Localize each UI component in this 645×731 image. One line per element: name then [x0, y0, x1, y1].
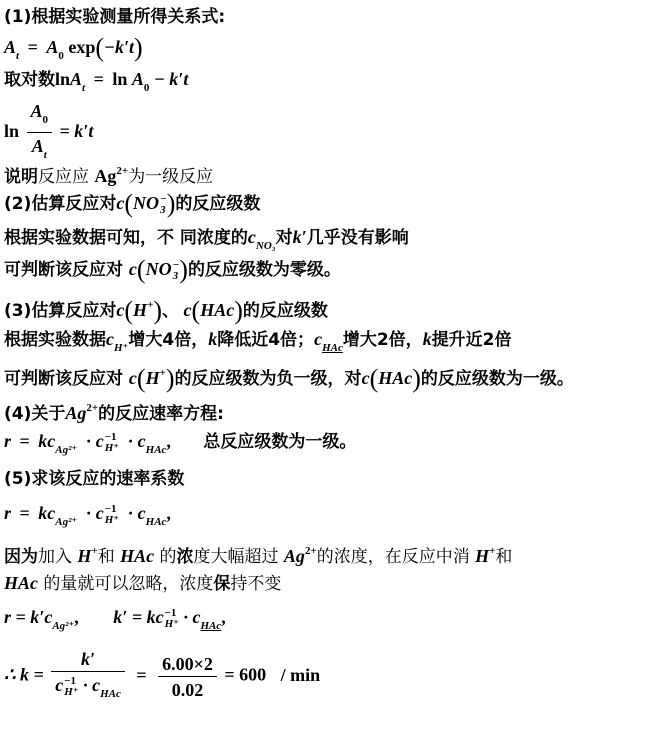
section-3-heading: (3)估算反应对c(H+)、 c(HAc)的反应级数 — [4, 294, 328, 322]
sub-Ag: Ag²⁺ — [55, 516, 77, 528]
equals: = — [94, 69, 104, 89]
equation-ln-ratio: ln A0 At = k′t — [4, 100, 93, 166]
sub-t: t — [82, 82, 85, 94]
sub-Ag: Ag²⁺ — [55, 444, 77, 456]
species-Ag: Ag — [65, 403, 86, 423]
equals: = — [20, 503, 30, 523]
log-prefix: 取对数 — [4, 70, 55, 90]
sup-sub: −1H⁺ — [64, 676, 78, 698]
var-k-prime: k′ — [293, 227, 307, 247]
text: 降低近4倍； — [217, 330, 314, 350]
sub-HAc: HAc — [322, 342, 343, 354]
bold-text: 保 — [213, 574, 230, 594]
section-1-conclusion: 说明反应应 Ag2+为一级反应 — [4, 160, 213, 188]
var-c: c — [362, 368, 370, 388]
numerator-sub: 0 — [43, 114, 49, 126]
equals: = — [136, 665, 146, 685]
text: 可判断该反应对 — [4, 260, 129, 280]
ln: ln — [55, 69, 70, 89]
var-c: · c — [83, 675, 100, 695]
equals: = — [20, 431, 30, 451]
var-c: c — [314, 329, 322, 349]
fraction-k: k′ c−1H⁺ · cHAc — [51, 648, 125, 705]
species-H: H — [146, 368, 160, 388]
sup-sub: −3 — [160, 194, 167, 216]
dot: · — [86, 431, 92, 451]
sub-0: 0 — [144, 82, 150, 94]
section-5-pseudo-first-order: r = k′cAg²⁺, k′ = kc−1H⁺ · cHAc, — [4, 606, 226, 637]
section-1-heading: (1)根据实验测量所得关系式: — [4, 6, 225, 28]
sub-0: 0 — [58, 50, 64, 62]
sub-t: t — [16, 50, 19, 62]
var-c: c — [96, 503, 104, 523]
text: 和 — [495, 547, 512, 567]
species-HAc: HAc — [200, 300, 234, 320]
ln: ln — [4, 121, 19, 141]
sup-sub: −1H⁺ — [105, 504, 119, 526]
var-c: c — [138, 503, 146, 523]
dot: · — [86, 503, 92, 523]
species-HAc: HAc — [4, 573, 38, 593]
fraction-numeric: 6.00×2 0.02 — [158, 653, 217, 701]
section-4-rate-equation: r = kcAg²⁺ ·c−1H⁺ ·cHAc, 总反应级数为一级。 — [4, 430, 356, 461]
numerator: 6.00×2 — [162, 654, 213, 674]
charge: 2+ — [86, 402, 98, 414]
ln: ln — [112, 69, 127, 89]
sub-H: H⁺ — [114, 342, 128, 354]
var-c: · c — [183, 607, 200, 627]
var-A: A — [132, 69, 144, 89]
var-k: k — [38, 431, 47, 451]
section-5-explanation-2: HAc 的量就可以忽略，浓度保持不变 — [4, 572, 281, 595]
sub-HAc: HAc — [146, 516, 167, 528]
heading-prefix: (2)估算反应对 — [4, 194, 116, 214]
therefore-k: ∴ k = — [4, 665, 44, 685]
species-HAc: HAc — [378, 368, 412, 388]
section-5-heading: (5)求该反应的速率系数 — [4, 468, 184, 490]
species-NO: NO — [133, 193, 159, 213]
fraction: A0 At — [27, 100, 53, 166]
k-prime-def: k′ = kc — [113, 607, 163, 627]
species-HAc: HAc — [120, 546, 154, 566]
charge: 2+ — [305, 545, 317, 557]
heading-suffix: 的反应级数 — [243, 301, 328, 321]
text: 的 — [154, 547, 176, 567]
species-H: H — [77, 546, 91, 566]
species-H: H — [475, 546, 489, 566]
text: 可判断该反应对 — [4, 369, 129, 389]
section-5-explanation-1: 因为加入 H+和 HAc 的浓度大幅超过 Ag2+的浓度，在反应中消 H+和 — [4, 540, 512, 568]
numerator: k′ — [81, 649, 95, 669]
var-c: c — [248, 227, 256, 247]
denominator-var: A — [32, 136, 44, 156]
sub-HAc: HAc — [100, 688, 121, 700]
equation-log: 取对数lnAt = ln A0 − k′t — [4, 68, 188, 99]
species-Ag: Ag — [284, 546, 305, 566]
comma: , — [221, 607, 226, 627]
text: 的浓度，在反应中消 — [317, 547, 475, 567]
result-value: = 600 — [224, 665, 266, 685]
bold-text: 因为 — [4, 547, 38, 567]
text: 为一级反应 — [128, 167, 213, 187]
var-c: c — [138, 431, 146, 451]
text: 增大4倍， — [128, 330, 208, 350]
text: 的量就可以忽略，浓度 — [38, 574, 213, 594]
heading-prefix: (4)关于 — [4, 404, 65, 424]
var-r: r — [4, 431, 11, 451]
text: 和 — [98, 547, 120, 567]
var-c: c — [96, 431, 104, 451]
exp-function: exp — [68, 37, 95, 57]
numerator-var: A — [31, 101, 43, 121]
bold-text: 浓 — [177, 547, 194, 567]
section-5-final-calculation: ∴ k = k′ c−1H⁺ · cHAc = 6.00×2 0.02 = 60… — [4, 648, 320, 705]
section-2-line-2: 可判断该反应对 c(NO−3)的反应级数为零级。 — [4, 258, 341, 282]
unit: / min — [281, 665, 321, 685]
note: 总反应级数为一级。 — [203, 432, 356, 452]
sub-HAc: HAc — [146, 444, 167, 456]
rhs: − k′t — [154, 69, 188, 89]
text: 提升近2倍 — [432, 330, 512, 350]
equation-exponential-decay: At = A0 exp(−k′t) — [4, 36, 143, 67]
text: 度大幅超过 — [194, 547, 284, 567]
rhs: = k′t — [60, 121, 94, 141]
text: 反应应 — [38, 167, 94, 187]
text: 对 — [276, 228, 293, 248]
var-k: k — [423, 329, 432, 349]
species-H: H — [133, 300, 147, 320]
section-4-heading: (4)关于Ag2+的反应速率方程: — [4, 397, 224, 425]
section-2-heading: (2)估算反应对c(NO−3)的反应级数 — [4, 192, 260, 216]
var-c: c — [106, 329, 114, 349]
sub-NO3: NO₃ — [256, 240, 276, 252]
var-A: A — [70, 69, 82, 89]
equals: = — [28, 37, 38, 57]
species-Ag: Ag — [94, 166, 116, 186]
var-k: k — [208, 329, 217, 349]
var-A: A — [4, 37, 16, 57]
text: 的反应级数为一级。 — [421, 369, 574, 389]
charge: 2+ — [116, 165, 128, 177]
text: 几乎没有影响 — [307, 228, 409, 248]
bold-text: 说明 — [4, 167, 38, 187]
text: 增大2倍， — [343, 330, 423, 350]
section-5-rate-equation: r = kcAg²⁺ ·c−1H⁺ ·cHAc, — [4, 502, 171, 533]
lhs: r = k′c — [4, 607, 52, 627]
sub-Ag: Ag²⁺ — [52, 620, 74, 632]
exp-argument: −k′t — [104, 37, 134, 57]
heading-prefix: (3)估算反应对 — [4, 301, 116, 321]
heading-suffix: 的反应级数 — [175, 194, 260, 214]
separator: 、 — [162, 301, 179, 321]
dot: · — [128, 503, 134, 523]
text: 持不变 — [230, 574, 281, 594]
var-c: c — [129, 259, 137, 279]
species-NO: NO — [146, 259, 172, 279]
denominator: 0.02 — [172, 680, 204, 700]
dot: · — [128, 431, 134, 451]
text: 加入 — [38, 547, 77, 567]
section-3-line-2: 可判断该反应对 c(H+)的反应级数为负一级，对c(HAc)的反应级数为一级。 — [4, 362, 574, 390]
var-r: r — [4, 503, 11, 523]
text: 根据实验数据 — [4, 330, 106, 350]
var-A0: A — [46, 37, 58, 57]
var-c: c — [129, 368, 137, 388]
sub-HAc: HAc — [200, 620, 221, 632]
section-2-line-1: 根据实验数据可知，不 同浓度的cNO₃对k′几乎没有影响 — [4, 226, 409, 257]
text: 根据实验数据可知，不 同浓度的 — [4, 228, 248, 248]
comma: , — [166, 503, 171, 523]
text: 的反应级数为负一级，对 — [175, 369, 362, 389]
text: 的反应级数为零级。 — [188, 260, 341, 280]
sup-sub: −1H⁺ — [105, 432, 119, 454]
var-c: c — [55, 675, 63, 695]
comma: , — [74, 607, 79, 627]
heading-suffix: 的反应速率方程: — [98, 404, 224, 424]
var-k: k — [38, 503, 47, 523]
var-c: c — [184, 300, 192, 320]
section-3-line-1: 根据实验数据cH⁺增大4倍，k降低近4倍；cHAc增大2倍，k提升近2倍 — [4, 328, 512, 359]
comma: , — [166, 431, 171, 451]
sup-sub: −1H⁺ — [165, 608, 179, 630]
